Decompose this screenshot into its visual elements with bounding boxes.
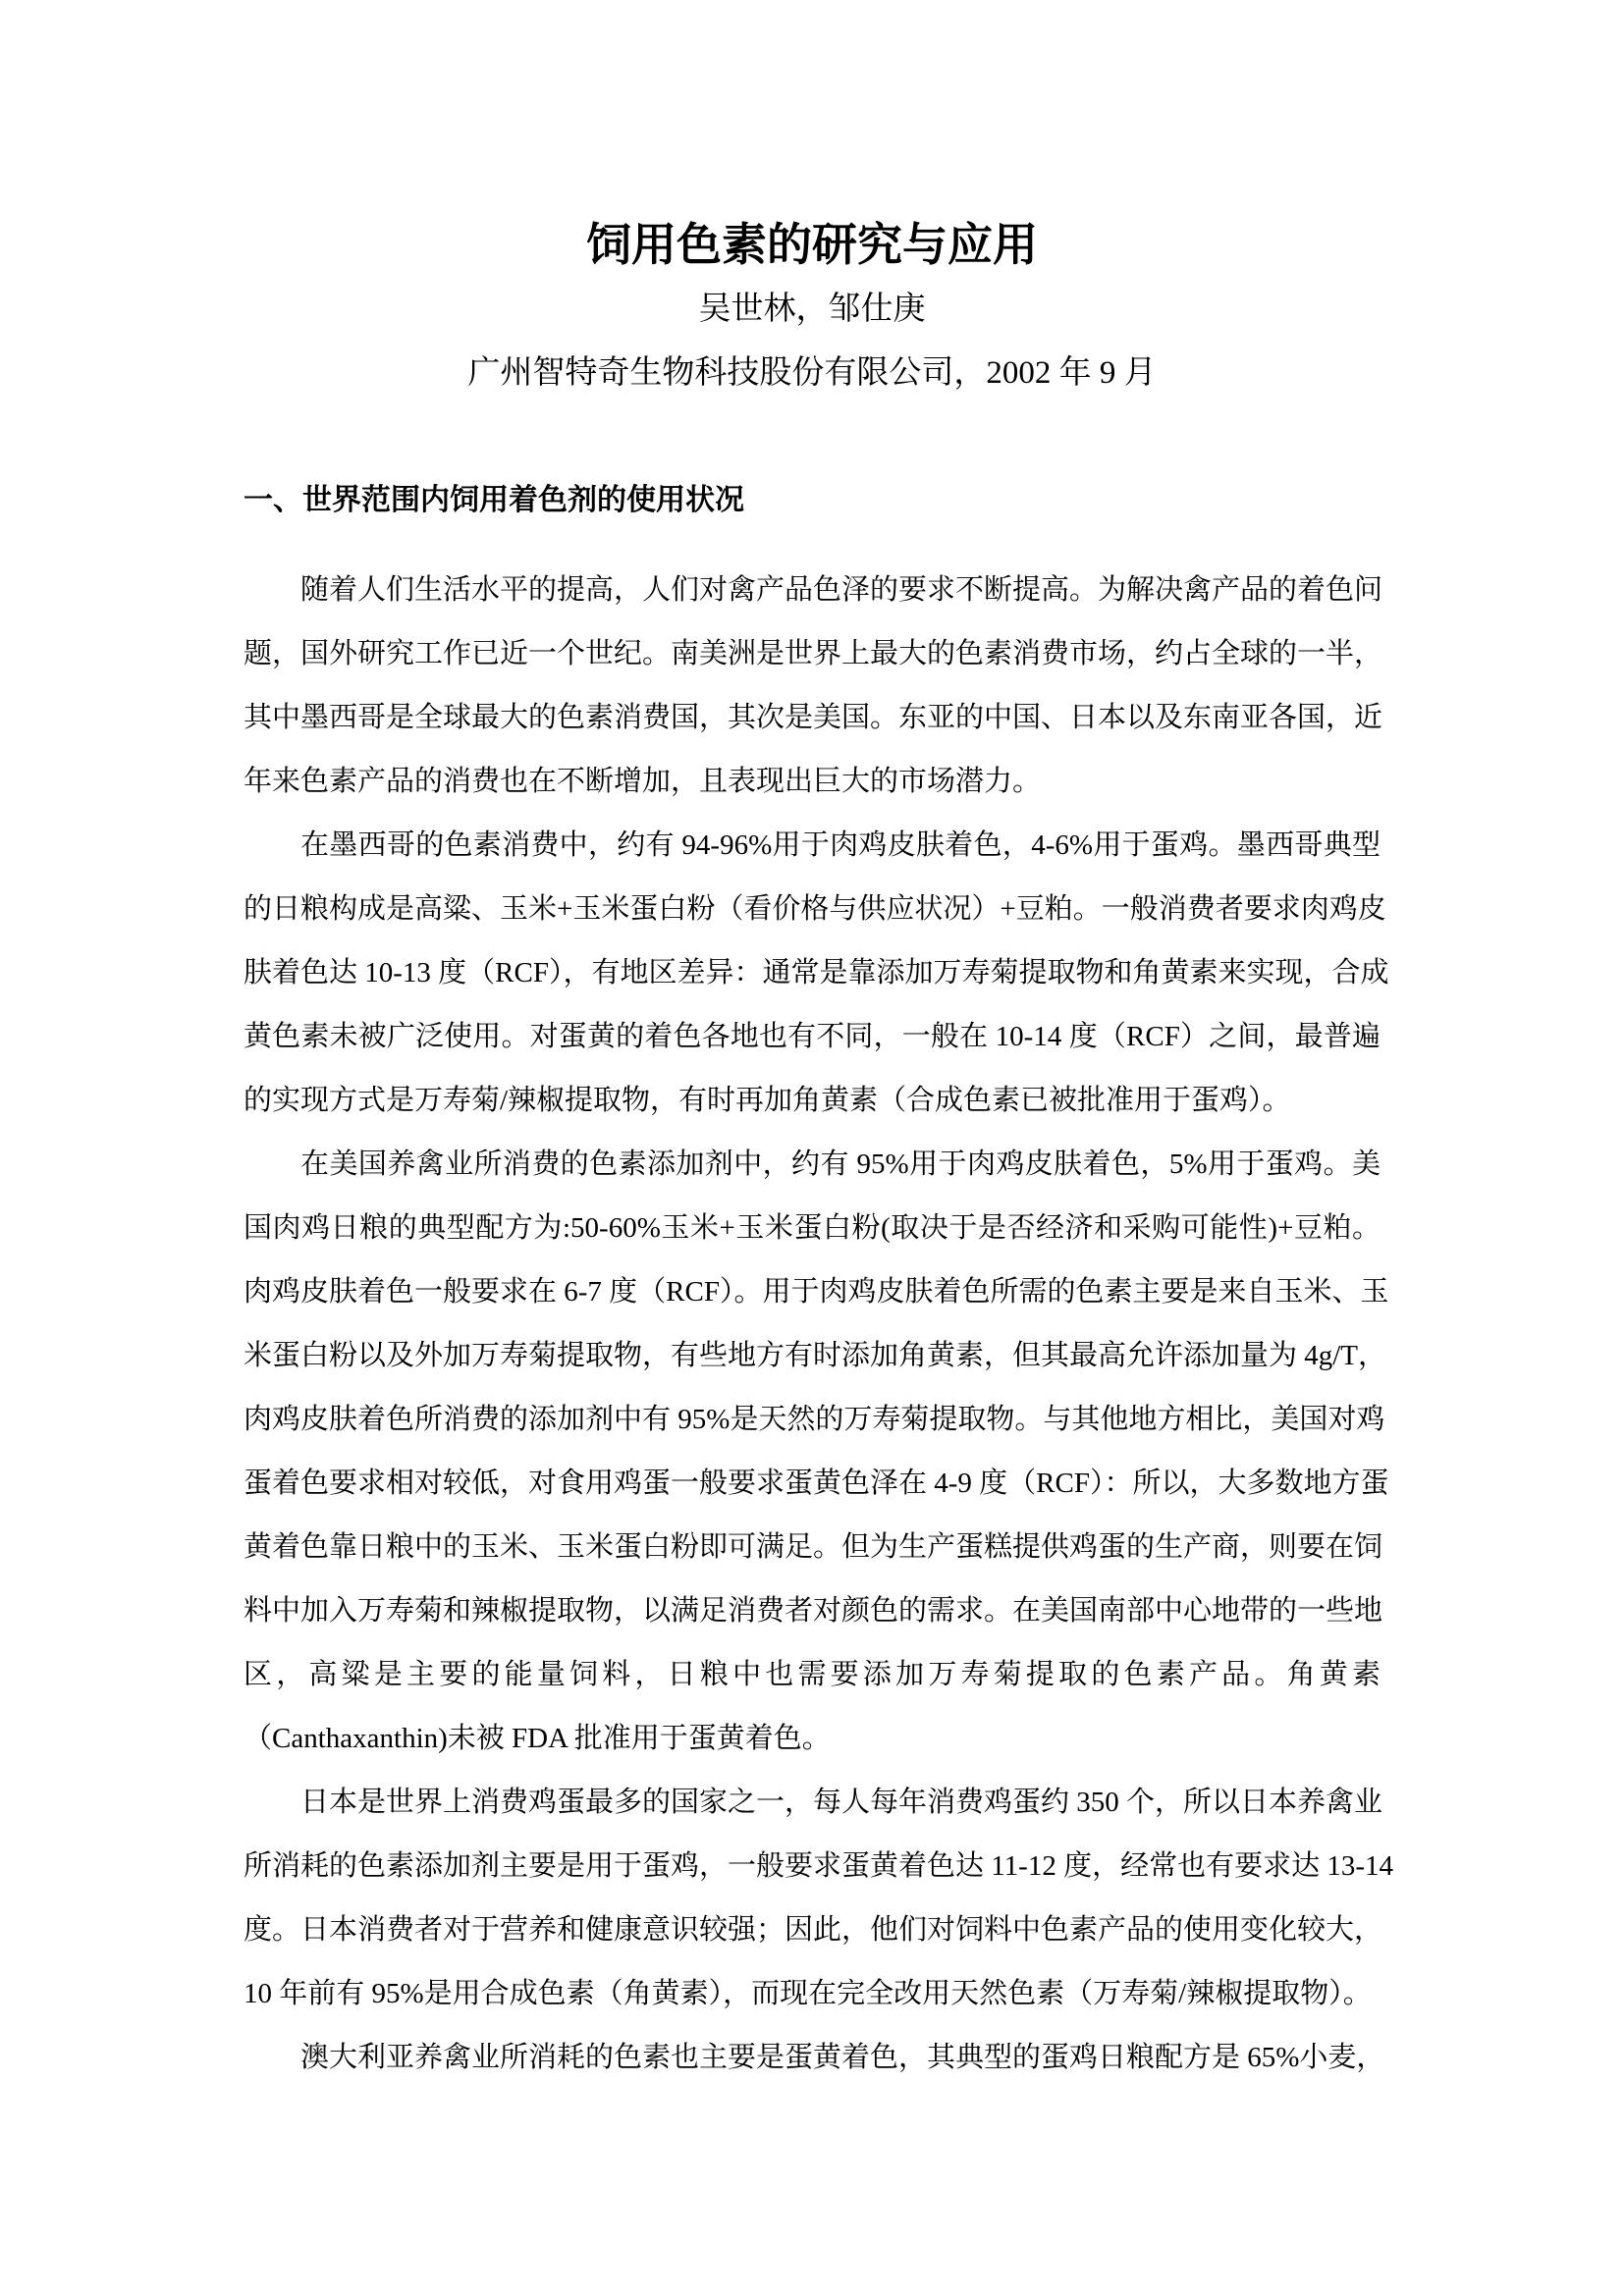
body-line: 10 年前有 95%是用合成色素（角黄素），而现在完全改用天然色素（万寿菊/辣椒…	[244, 1962, 1380, 2026]
body-line: 日本是世界上消费鸡蛋最多的国家之一，每人每年消费鸡蛋约 350 个，所以日本养禽…	[244, 1771, 1380, 1835]
body-line: 澳大利亚养禽业所消耗的色素也主要是蛋黄着色，其典型的蛋鸡日粮配方是 65%小麦，	[244, 2026, 1380, 2090]
body-line: 区，高粱是主要的能量饲料，日粮中也需要添加万寿菊提取的色素产品。角黄素	[244, 1643, 1380, 1707]
body-line: 所消耗的色素添加剂主要是用于蛋鸡，一般要求蛋黄着色达 11-12 度，经常也有要…	[244, 1835, 1380, 1898]
body-line: 年来色素产品的消费也在不断增加，且表现出巨大的市场潜力。	[244, 750, 1380, 814]
body-line: 在美国养禽业所消费的色素添加剂中，约有 95%用于肉鸡皮肤着色，5%用于蛋鸡。美	[244, 1133, 1380, 1197]
body-line: 的日粮构成是高粱、玉米+玉米蛋白粉（看价格与供应状况）+豆粕。一般消费者要求肉鸡…	[244, 878, 1380, 941]
body-line: 国肉鸡日粮的典型配方为:50-60%玉米+玉米蛋白粉(取决于是否经济和采购可能性…	[244, 1197, 1380, 1260]
body-line: 黄着色靠日粮中的玉米、玉米蛋白粉即可满足。但为生产蛋糕提供鸡蛋的生产商，则要在饲	[244, 1516, 1380, 1579]
body-line: 蛋着色要求相对较低，对食用鸡蛋一般要求蛋黄色泽在 4-9 度（RCF）：所以，大…	[244, 1452, 1380, 1516]
body-line: 的实现方式是万寿菊/辣椒提取物，有时再加角黄素（合成色素已被批准用于蛋鸡）。	[244, 1069, 1380, 1133]
body-line: （Canthaxanthin)未被 FDA 批准用于蛋黄着色。	[244, 1707, 1380, 1771]
body-line: 度。日本消费者对于营养和健康意识较强；因此，他们对饲料中色素产品的使用变化较大，	[244, 1898, 1380, 1962]
body-line: 肉鸡皮肤着色所消费的添加剂中有 95%是天然的万寿菊提取物。与其他地方相比，美国…	[244, 1388, 1380, 1452]
body-line: 米蛋白粉以及外加万寿菊提取物，有些地方有时添加角黄素，但其最高允许添加量为 4g…	[244, 1324, 1380, 1388]
body-line: 随着人们生活水平的提高，人们对禽产品色泽的要求不断提高。为解决禽产品的着色问	[244, 559, 1380, 622]
authors-line: 吴世林，邹仕庚	[244, 278, 1380, 342]
body-line: 料中加入万寿菊和辣椒提取物，以满足消费者对颜色的需求。在美国南部中心地带的一些地	[244, 1579, 1380, 1643]
body-text: 随着人们生活水平的提高，人们对禽产品色泽的要求不断提高。为解决禽产品的着色问题，…	[244, 559, 1380, 2090]
affiliation-line: 广州智特奇生物科技股份有限公司，2002 年 9 月	[244, 342, 1380, 405]
body-line: 肤着色达 10-13 度（RCF），有地区差异：通常是靠添加万寿菊提取物和角黄素…	[244, 941, 1380, 1005]
body-line: 黄色素未被广泛使用。对蛋黄的着色各地也有不同，一般在 10-14 度（RCF）之…	[244, 1005, 1380, 1069]
body-line: 肉鸡皮肤着色一般要求在 6-7 度（RCF）。用于肉鸡皮肤着色所需的色素主要是来…	[244, 1260, 1380, 1324]
body-line: 在墨西哥的色素消费中，约有 94-96%用于肉鸡皮肤着色，4-6%用于蛋鸡。墨西…	[244, 814, 1380, 878]
section-heading: 一、世界范围内饲用着色剂的使用状况	[244, 468, 1380, 532]
body-line: 题，国外研究工作已近一个世纪。南美洲是世界上最大的色素消费市场，约占全球的一半，	[244, 622, 1380, 686]
document-page: 饲用色素的研究与应用 吴世林，邹仕庚 广州智特奇生物科技股份有限公司，2002 …	[0, 0, 1624, 2296]
body-line: 其中墨西哥是全球最大的色素消费国，其次是美国。东亚的中国、日本以及东南亚各国，近	[244, 686, 1380, 750]
